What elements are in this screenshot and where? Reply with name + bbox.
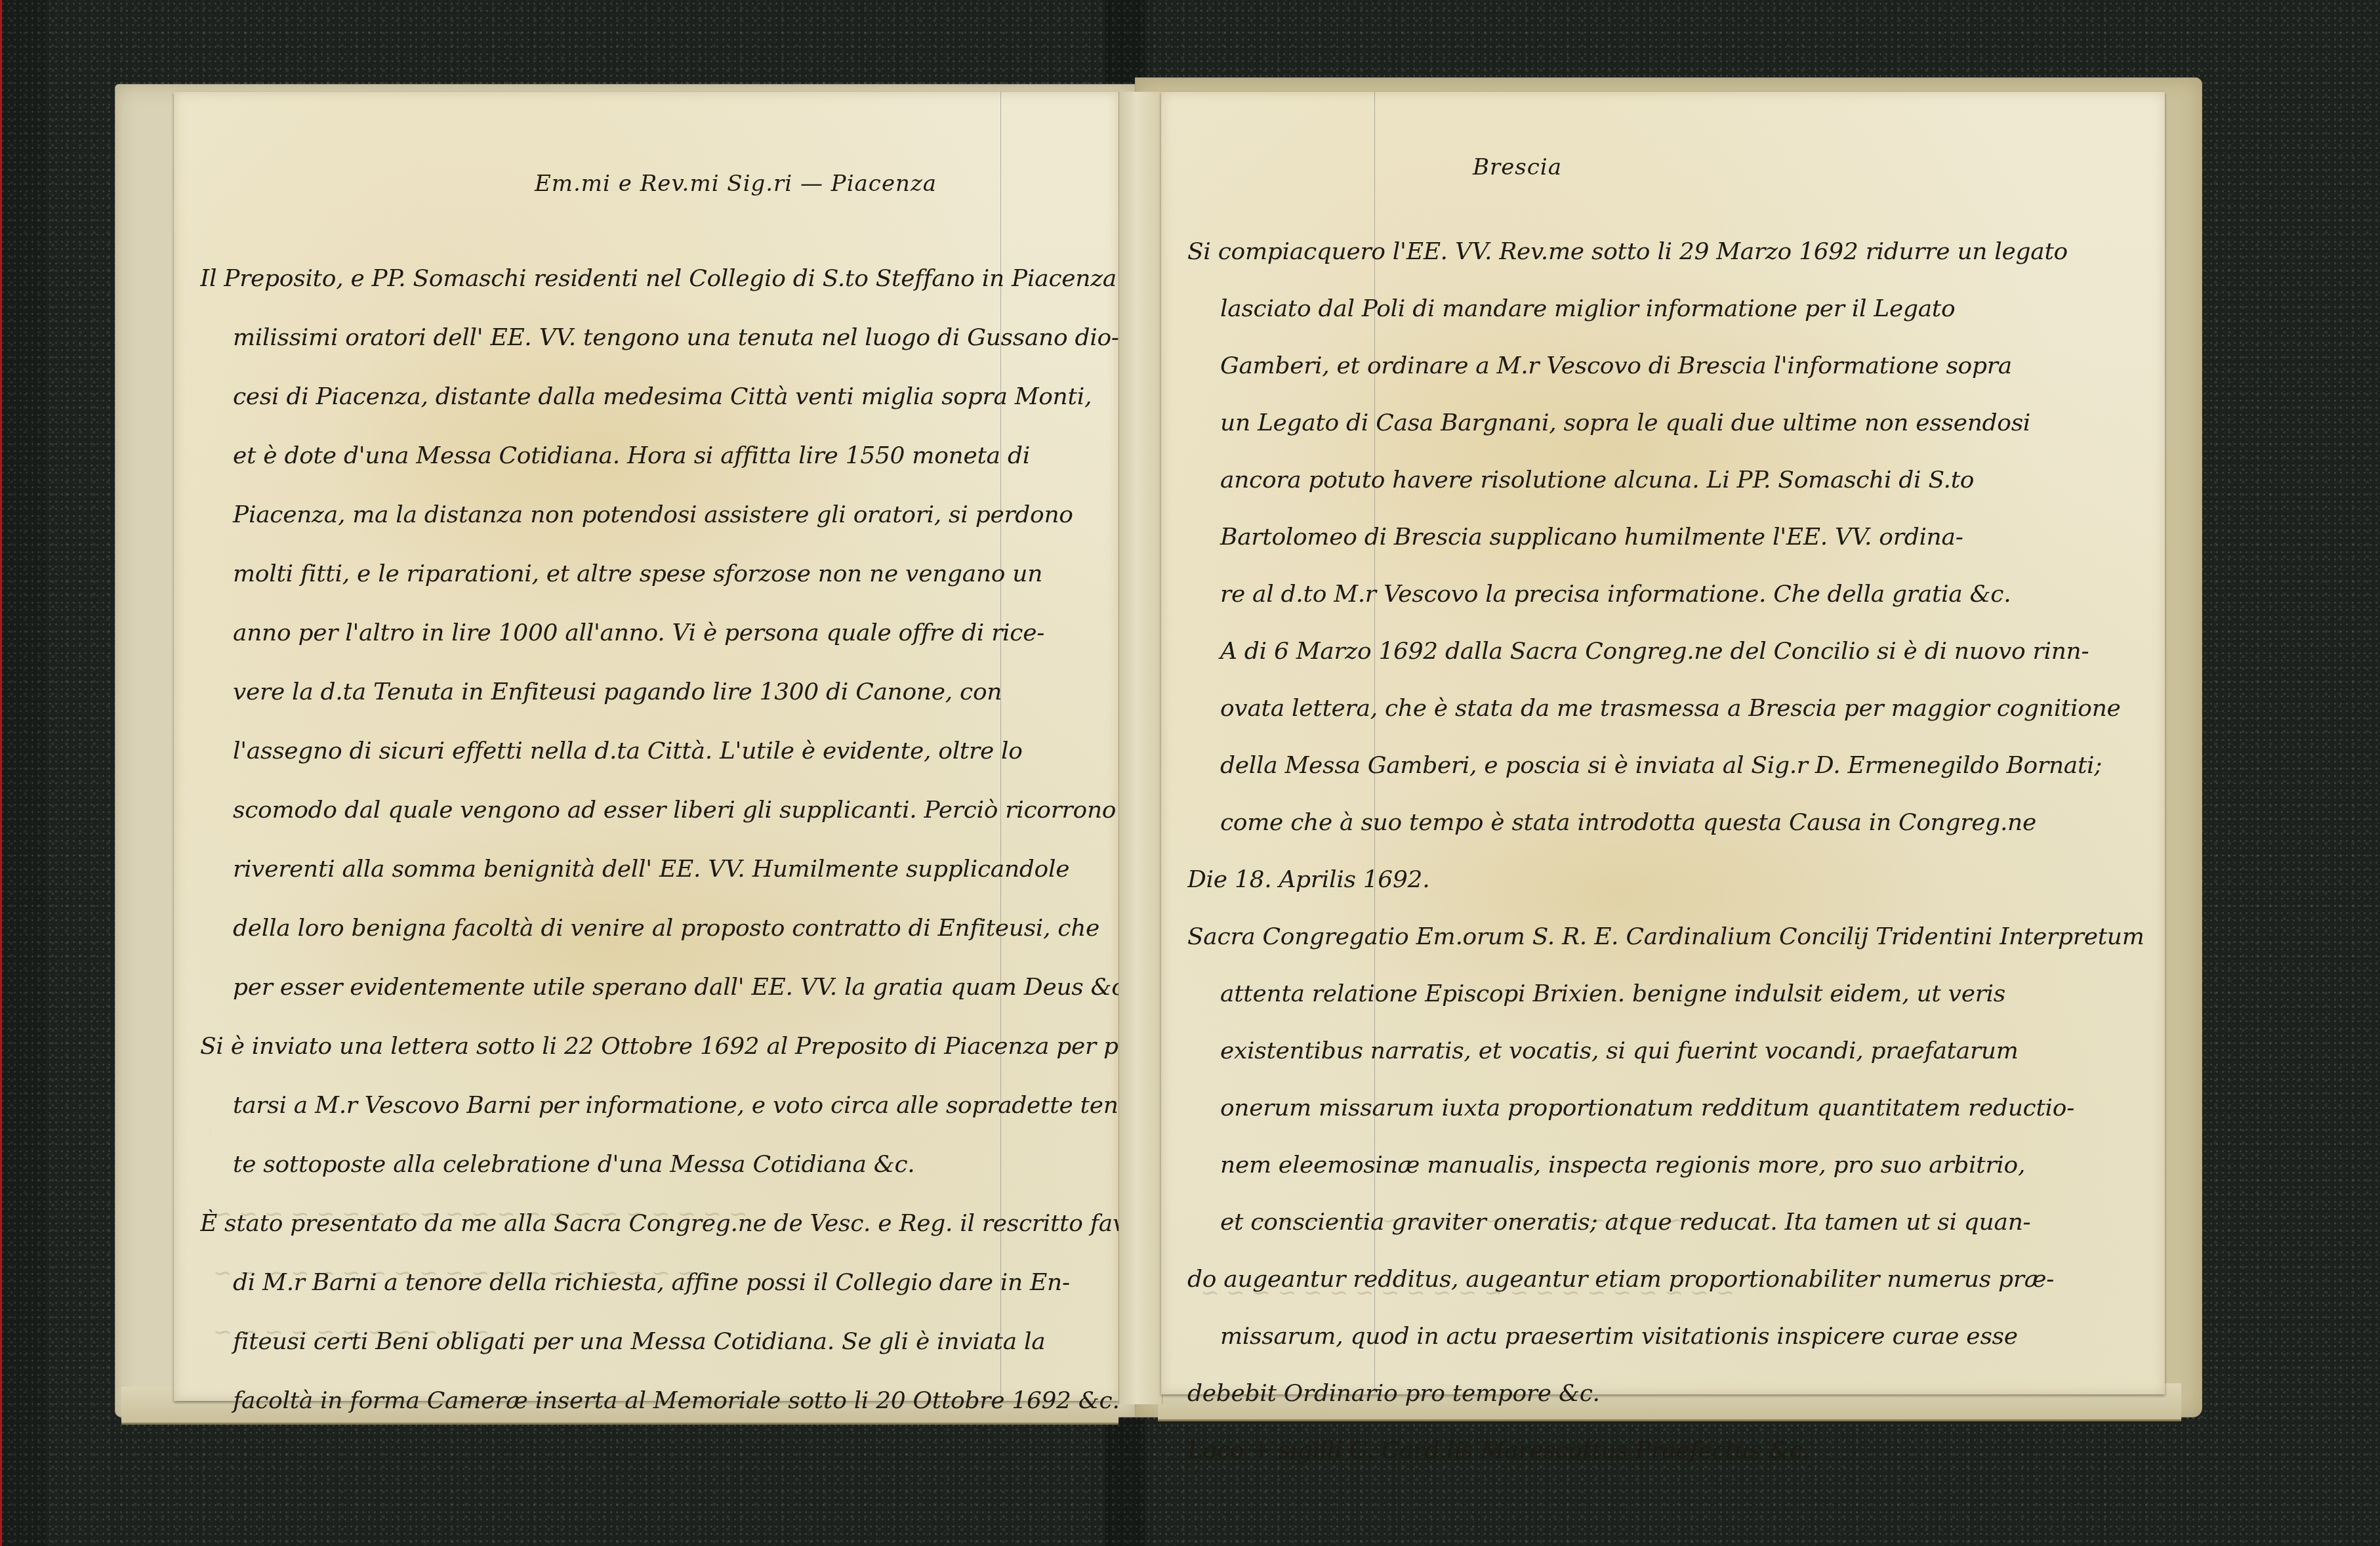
text-line: di M.r Barni a tenore della richiesta, a… [200, 1253, 1118, 1312]
text-line: A di 6 Marzo 1692 dalla Sacra Congreg.ne… [1187, 623, 2152, 680]
text-line: ancora potuto havere risolutione alcuna.… [1187, 451, 2152, 509]
text-line: onerum missarum iuxta proportionatum red… [1187, 1079, 2152, 1137]
page-header: Em.mi e Rev.mi Sig.ri — Piacenza [535, 171, 937, 197]
left-page: ~ ~ ~ ~ ~ ~ ~ ~ ~ ~ ~ ~ ~ ~ ~ ~ ~ ~ ~ ~ … [174, 92, 1119, 1401]
text-line: un Legato di Casa Bargnani, sopra le qua… [1187, 394, 2152, 451]
left-page-text: Il Preposito, e PP. Somaschi residenti n… [200, 249, 1118, 1431]
text-line: per esser evidentemente utile sperano da… [200, 958, 1118, 1017]
open-manuscript: ~ ~ ~ ~ ~ ~ ~ ~ ~ ~ ~ ~ ~ ~ ~ ~ ~ ~ ~ ~ … [115, 64, 2207, 1449]
book-gutter [1118, 92, 1162, 1404]
text-line: l'assegno di sicuri effetti nella d.ta C… [200, 722, 1118, 781]
text-line: anno per l'altro in lire 1000 all'anno. … [200, 604, 1118, 663]
text-line: et è dote d'una Messa Cotidiana. Hora si… [200, 427, 1118, 486]
text-line: tarsi a M.r Vescovo Barni per informatio… [200, 1076, 1118, 1135]
text-line: facoltà in forma Cameræ inserta al Memor… [200, 1371, 1118, 1431]
page-header: Brescia [1473, 154, 1562, 180]
text-line: attenta relatione Episcopi Brixien. beni… [1187, 965, 2152, 1022]
text-line: molti fitti, e le riparationi, et altre … [200, 545, 1118, 604]
text-line: nem eleemosinæ manualis, inspecta region… [1187, 1137, 2152, 1194]
text-line: missarum, quod in actu praesertim visita… [1187, 1308, 2152, 1365]
right-page: ~ ~ ~ ~ ~ ~ ~ ~ ~ ~ ~ ~ ~ ~ ~ ~ ~ ~ ~ ~ … [1161, 92, 2165, 1394]
text-line: debebit Ordinario pro tempore &c. [1187, 1365, 2152, 1422]
text-line: et conscientia graviter oneratis; atque … [1187, 1194, 2152, 1251]
text-line: scomodo dal quale vengono ad esser liber… [200, 781, 1118, 840]
text-line: existentibus narratis, et vocatis, si qu… [1187, 1022, 2152, 1079]
text-line: milissimi oratori dell' EE. VV. tengono … [200, 308, 1118, 367]
text-line: come che à suo tempo è stata introdotta … [1187, 794, 2152, 851]
text-line: te sottoposte alla celebratione d'una Me… [200, 1135, 1118, 1194]
text-line: re al d.to M.r Vescovo la precisa inform… [1187, 566, 2152, 623]
text-line: do augeantur redditus, augeantur etiam p… [1187, 1251, 2152, 1308]
text-line: Gamberi, et ordinare a M.r Vescovo di Br… [1187, 337, 2152, 394]
right-page-text: Si compiacquero l'EE. VV. Rev.me sotto l… [1187, 223, 2152, 1479]
background-strip [0, 0, 46, 1546]
text-line: Il Preposito, e PP. Somaschi residenti n… [200, 249, 1118, 308]
text-line: Die 18. Aprilis 1692. [1187, 851, 2152, 908]
text-line: lasciato dal Poli di mandare miglior inf… [1187, 280, 2152, 337]
text-line: Sacra Congregatio Em.orum S. R. E. Cardi… [1187, 908, 2152, 965]
text-line: Si compiacquero l'EE. VV. Rev.me sotto l… [1187, 223, 2152, 280]
text-line: cesi di Piacenza, distante dalla medesim… [200, 367, 1118, 427]
text-line: È stato presentato da me alla Sacra Cong… [200, 1194, 1118, 1253]
text-line: fiteusi certi Beni obligati per una Mess… [200, 1312, 1118, 1371]
text-line: Bartolomeo di Brescia supplicano humilme… [1187, 509, 2152, 566]
text-line: Piacenza, ma la distanza non potendosi a… [200, 486, 1118, 545]
text-line: ovata lettera, che è stata da me trasmes… [1187, 680, 2152, 737]
text-line: della loro benigna facoltà di venire al … [200, 899, 1118, 958]
text-line: della Messa Gamberi, e poscia si è invia… [1187, 737, 2152, 794]
text-line: Si è inviato una lettera sotto li 22 Ott… [200, 1017, 1118, 1076]
text-line: riverenti alla somma benignità dell' EE.… [200, 840, 1118, 899]
text-line: vere la d.ta Tenuta in Enfiteusi pagando… [200, 663, 1118, 722]
text-line: Loco + sigilli G. Card.lis Marescottus P… [1187, 1422, 2152, 1479]
